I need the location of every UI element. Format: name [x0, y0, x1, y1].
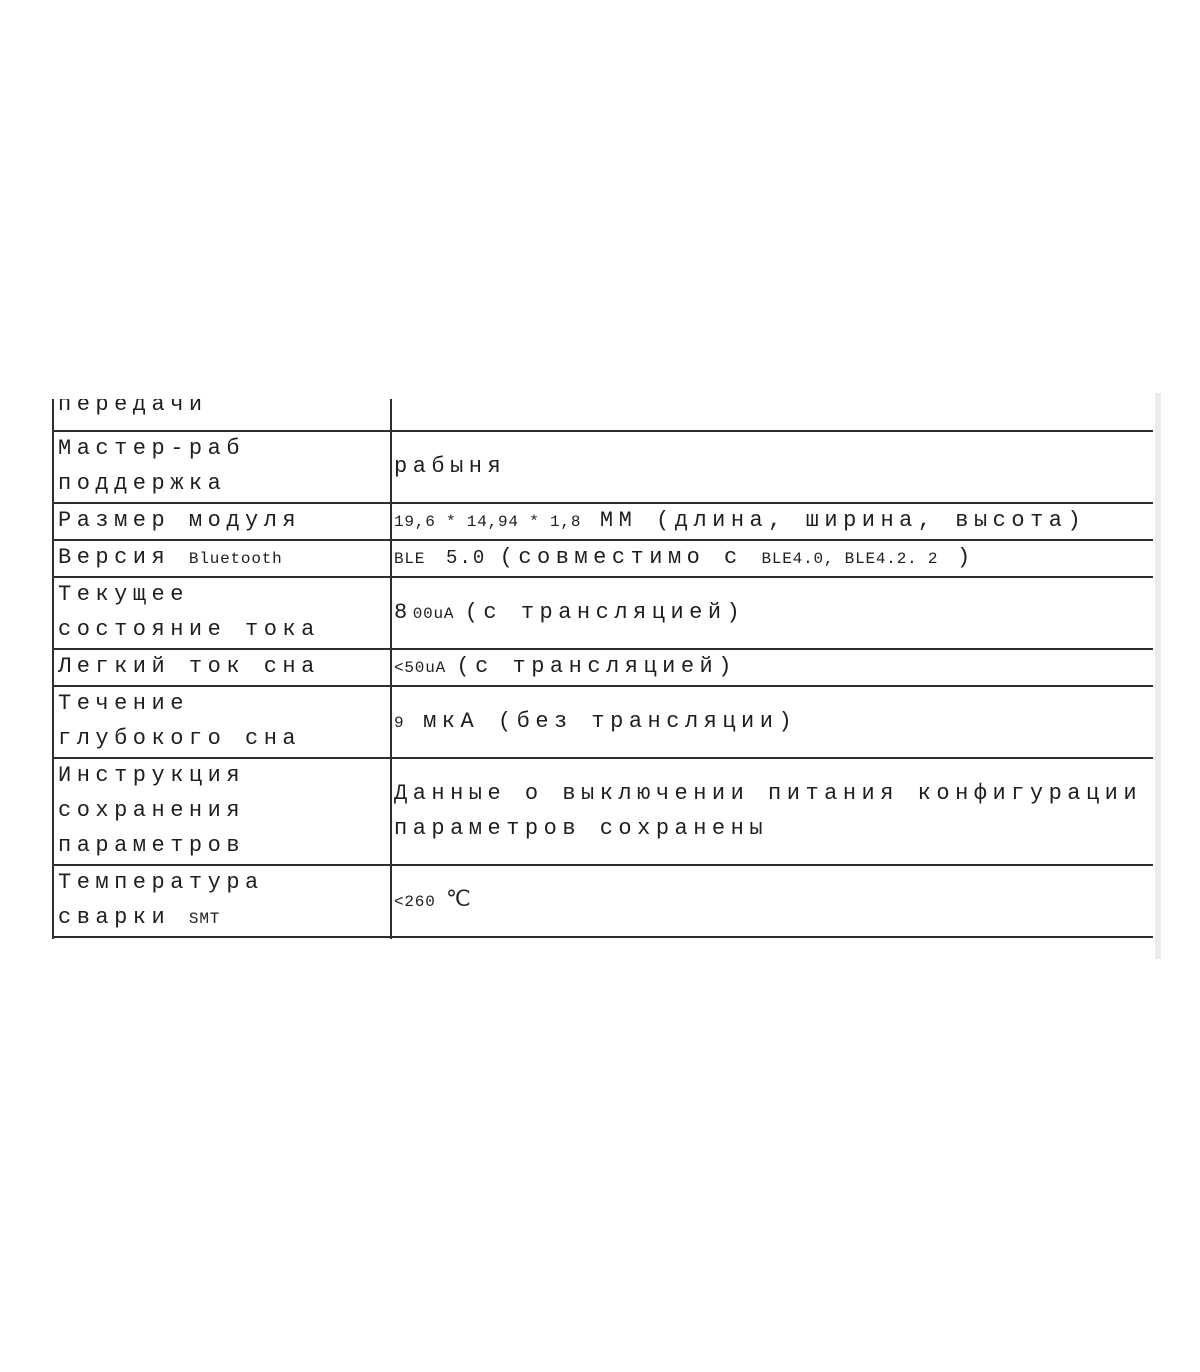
spec-label-cell: Инструкциясохраненияпараметров [53, 758, 391, 865]
table-viewport: передачиМастер-рабподдержкарабыняРазмер … [52, 399, 1155, 939]
right-edge-stripe [1155, 393, 1161, 959]
text-segment: BLE4.0, BLE4.2. 2 [761, 550, 938, 568]
spec-value-cell: <260 ℃ [391, 865, 1153, 937]
cell-text-line: передачи [58, 399, 390, 423]
text-segment: <50uA [394, 659, 456, 677]
text-segment: (с трансляцией) [456, 654, 737, 679]
table-row: Размер модуля19,6 * 14,94 * 1,8 ММ (длин… [53, 503, 1153, 540]
table-row: пиковый ток RF-TX / RX5МА [53, 937, 1153, 939]
spec-label-cell: Течениеглубокого сна [53, 686, 391, 758]
text-segment: 5.0 [446, 547, 500, 569]
cell-text-line: Течение [58, 687, 390, 722]
table-row: Версия BluetoothBLE 5.0 (совместимо с BL… [53, 540, 1153, 577]
table-row: Текущеесостояние тока800uA (с трансляцие… [53, 577, 1153, 649]
cell-text-line: глубокого сна [58, 722, 390, 757]
spec-label-cell: Легкий ток сна [53, 649, 391, 686]
cell-text-line: Размер модуля [58, 504, 390, 539]
cell-text-line: Мастер-раб [58, 432, 390, 467]
cell-text-line: Легкий ток сна [58, 650, 390, 685]
cell-text-line: 9 мкА (без трансляции) [394, 705, 1153, 740]
text-segment: (с трансляцией) [465, 600, 746, 625]
text-segment: Мастер-раб [58, 436, 245, 461]
table-row: Легкий ток сна<50uA (с трансляцией) [53, 649, 1153, 686]
spec-table-body: передачиМастер-рабподдержкарабыняРазмер … [53, 399, 1153, 939]
cell-text-line: поддержка [58, 467, 390, 502]
text-segment: состояние тока [58, 617, 320, 642]
table-row: Течениеглубокого сна9 мкА (без трансляци… [53, 686, 1153, 758]
spec-value-cell: 9 мкА (без трансляции) [391, 686, 1153, 758]
text-segment: (совместимо с [500, 545, 762, 570]
text-segment: 8 [394, 600, 413, 625]
cell-text-line: <260 ℃ [394, 884, 1153, 919]
text-segment: глубокого сна [58, 726, 301, 751]
text-segment: Данные о выключении питания конфигурации [394, 781, 1142, 806]
text-segment: 00uA [413, 605, 465, 623]
text-segment: мкА (без трансляции) [404, 709, 797, 734]
spec-value-cell: рабыня [391, 431, 1153, 503]
text-segment: BLE [394, 550, 446, 568]
text-segment: сварки [58, 905, 189, 930]
spec-label-cell: пиковый ток RF-TX / RX [53, 937, 391, 939]
spec-value-cell [391, 399, 1153, 431]
text-segment: <260 [394, 893, 446, 911]
text-segment: параметров [58, 833, 245, 858]
table-row: Мастер-рабподдержкарабыня [53, 431, 1153, 503]
cell-text-line: Версия Bluetooth [58, 541, 390, 576]
table-row: передачи [53, 399, 1153, 431]
spec-value-cell: 800uA (с трансляцией) [391, 577, 1153, 649]
spec-table: передачиМастер-рабподдержкарабыняРазмер … [52, 399, 1153, 939]
spec-value-cell: Данные о выключении питания конфигурации… [391, 758, 1153, 865]
spec-label-cell: Температурасварки SMT [53, 865, 391, 937]
cell-text-line: Текущее [58, 578, 390, 613]
text-segment: Течение [58, 691, 189, 716]
spec-label-cell: Текущеесостояние тока [53, 577, 391, 649]
spec-label-cell: Размер модуля [53, 503, 391, 540]
text-segment: поддержка [58, 471, 226, 496]
cell-text-line: сохранения [58, 794, 390, 829]
cell-text-line: 19,6 * 14,94 * 1,8 ММ (длина, ширина, вы… [394, 504, 1153, 539]
spec-label-cell: Мастер-рабподдержка [53, 431, 391, 503]
text-segment: Bluetooth [189, 550, 283, 568]
text-segment: Размер модуля [58, 508, 301, 533]
cell-text-line: параметров сохранены [394, 812, 1153, 847]
cell-text-line: 5МА [394, 938, 1153, 939]
text-segment: ММ (длина, ширина, высота) [581, 508, 1086, 533]
table-row: Температурасварки SMT<260 ℃ [53, 865, 1153, 937]
cell-text-line: состояние тока [58, 613, 390, 648]
text-segment: 9 [394, 714, 404, 732]
spec-label-cell: Версия Bluetooth [53, 540, 391, 577]
text-segment: Легкий ток сна [58, 654, 320, 679]
table-row: ИнструкциясохраненияпараметровДанные о в… [53, 758, 1153, 865]
text-segment: сохранения [58, 798, 245, 823]
text-segment: 19,6 * 14,94 * 1,8 [394, 513, 581, 531]
text-segment: ℃ [446, 888, 476, 913]
cell-text-line: пиковый ток RF-TX / RX [58, 938, 390, 939]
spec-value-cell: 19,6 * 14,94 * 1,8 ММ (длина, ширина, вы… [391, 503, 1153, 540]
text-segment: рабыня [394, 454, 506, 479]
spec-value-cell: BLE 5.0 (совместимо с BLE4.0, BLE4.2. 2 … [391, 540, 1153, 577]
text-segment: Версия [58, 545, 189, 570]
cell-text-line: Температура [58, 866, 390, 901]
text-segment: передачи [58, 399, 208, 417]
cell-text-line: Данные о выключении питания конфигурации [394, 777, 1153, 812]
cell-text-line: Инструкция [58, 759, 390, 794]
cell-text-line: параметров [58, 829, 390, 864]
cell-text-line: рабыня [394, 450, 1153, 485]
spec-value-cell: 5МА [391, 937, 1153, 939]
cell-text-line: сварки SMT [58, 901, 390, 936]
text-segment: Текущее [58, 582, 189, 607]
text-segment: ) [938, 545, 975, 570]
spec-label-cell: передачи [53, 399, 391, 431]
cell-text-line: 800uA (с трансляцией) [394, 596, 1153, 631]
cell-text-line: BLE 5.0 (совместимо с BLE4.0, BLE4.2. 2 … [394, 541, 1153, 576]
page: { "page": { "background": "#ffffff" }, "… [0, 0, 1200, 1372]
text-segment: Температура [58, 870, 264, 895]
text-segment: SMT [189, 910, 220, 928]
text-segment: параметров сохранены [394, 816, 768, 841]
text-segment: Инструкция [58, 763, 245, 788]
spec-value-cell: <50uA (с трансляцией) [391, 649, 1153, 686]
cell-text-line: <50uA (с трансляцией) [394, 650, 1153, 685]
